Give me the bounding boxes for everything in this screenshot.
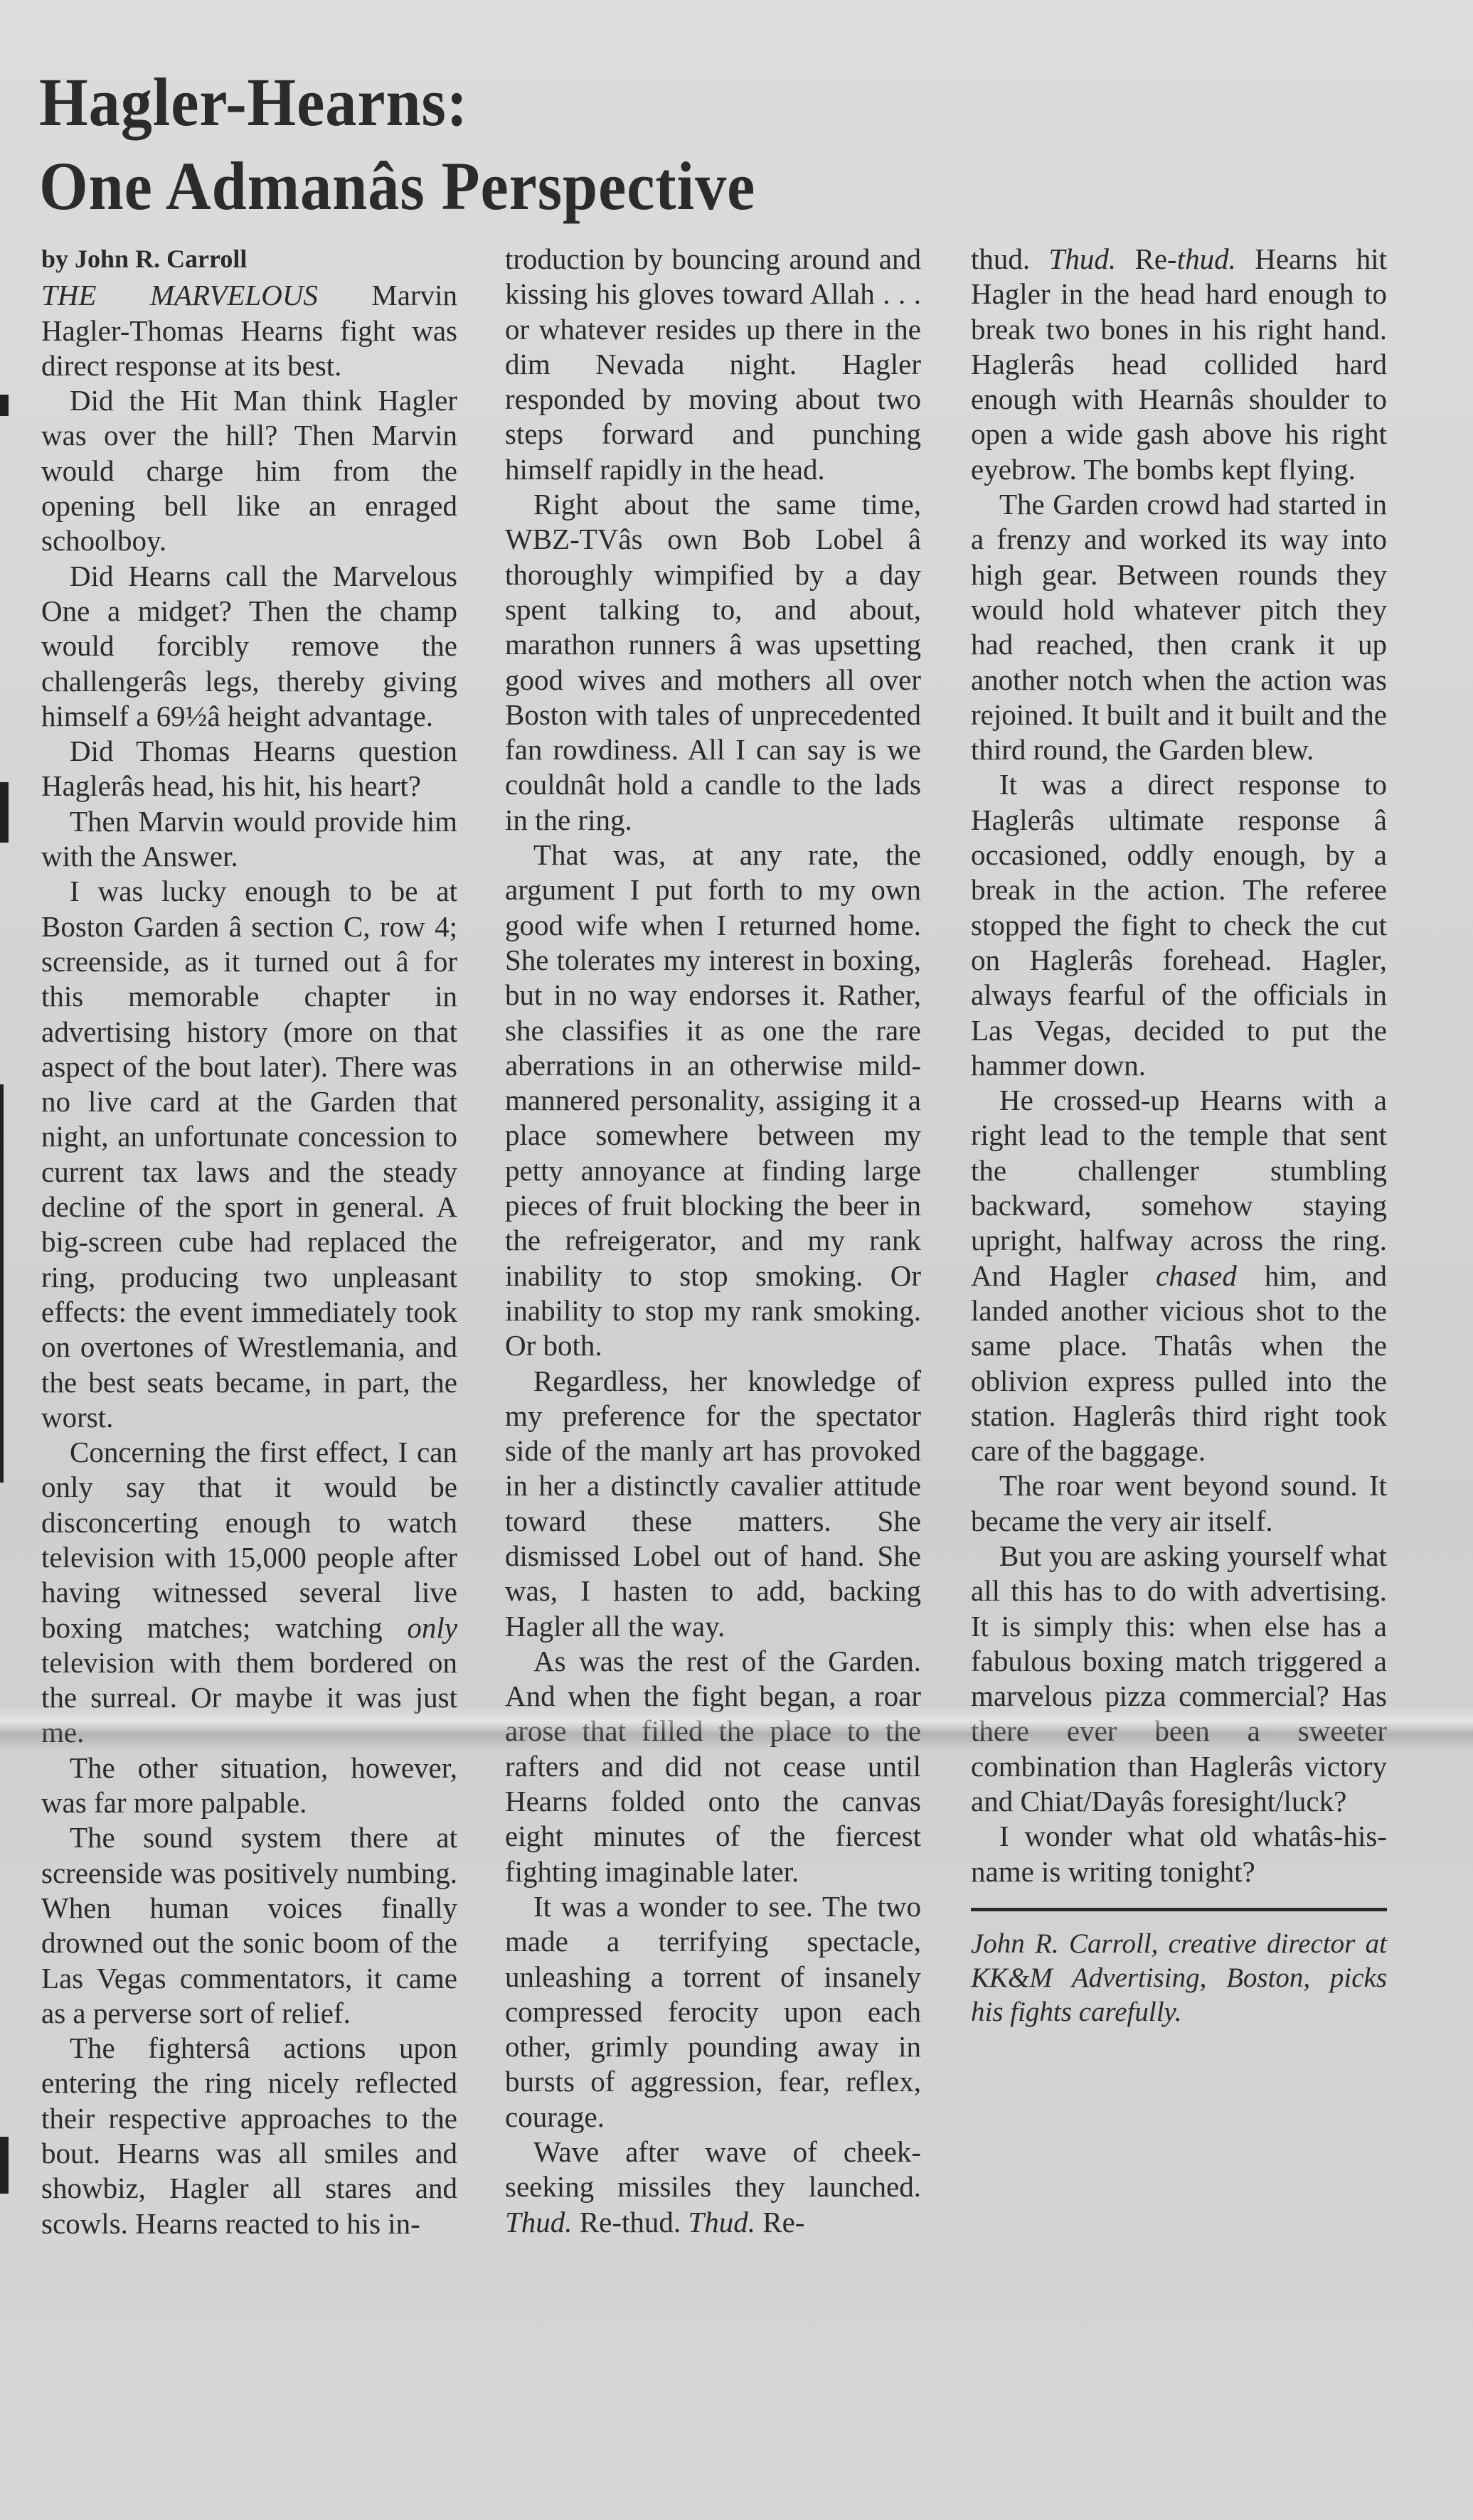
paragraph: The other situation, however, was far mo… (41, 1751, 457, 1821)
headline-line-1: Hagler-Hearns: (39, 64, 468, 140)
paragraph: The sound system there at screenside was… (41, 1820, 457, 2031)
paragraph: thud. Thud. Re-thud. Hearns hit Hagler i… (971, 242, 1387, 487)
column-1: by John R. Carroll THE MARVELOUS Marvin … (41, 242, 457, 2241)
paragraph: Concerning the first effect, I can only … (41, 1435, 457, 1751)
paragraph: Did Hearns call the Marvelous One a midg… (41, 559, 457, 734)
paragraph: The roar went beyond sound. It became th… (971, 1468, 1387, 1539)
paragraph: It was a direct response to Haglerâs ult… (971, 767, 1387, 1083)
paragraph: The Garden crowd had started in a frenzy… (971, 487, 1387, 767)
paragraph: He crossed-up Hearns with a right lead t… (971, 1083, 1387, 1468)
paragraph: Did Thomas Hearns question Haglerâs head… (41, 734, 457, 804)
paragraph: As was the rest of the Garden. And when … (505, 1644, 921, 1889)
paragraph: That was, at any rate, the argument I pu… (505, 838, 921, 1363)
column-2: troduction by bouncing around and kissin… (505, 242, 921, 2240)
paragraph: I was lucky enough to be at Boston Garde… (41, 874, 457, 1435)
lead-paragraph: THE MARVELOUS Marvin Hagler-Thomas Hearn… (41, 278, 457, 383)
byline: by John R. Carroll (41, 242, 457, 277)
paragraph: Right about the same time, WBZ-TVâs own … (505, 487, 921, 838)
paragraph: Wave after wave of cheek-seeking missile… (505, 2135, 921, 2240)
column-3: thud. Thud. Re-thud. Hearns hit Hagler i… (971, 242, 1387, 2029)
paper-fold-crease (0, 1707, 1473, 1749)
paragraph: Then Marvin would provide him with the A… (41, 804, 457, 875)
paragraph: troduction by bouncing around and kissin… (505, 242, 921, 487)
paragraph: I wonder what old whatâs-his-name is wri… (971, 1819, 1387, 1889)
paragraph: It was a wonder to see. The two made a t… (505, 1889, 921, 2135)
paragraph: Regardless, her knowledge of my preferen… (505, 1364, 921, 1644)
paragraph: But you are asking yourself what all thi… (971, 1539, 1387, 1819)
lead-italic: THE MARVELOUS (41, 279, 318, 311)
paragraph: Did the Hit Man think Hagler was over th… (41, 383, 457, 558)
paragraph: The fightersâ actions upon entering the … (41, 2031, 457, 2241)
headline-line-2: One Admanâs Perspective (39, 148, 755, 224)
divider-rule (971, 1908, 1387, 1911)
author-credit: John R. Carroll, creative director at KK… (971, 1927, 1387, 2029)
adjacent-page-edge (0, 0, 10, 2520)
headline: Hagler-Hearns: One Admanâs Perspective (39, 60, 755, 228)
